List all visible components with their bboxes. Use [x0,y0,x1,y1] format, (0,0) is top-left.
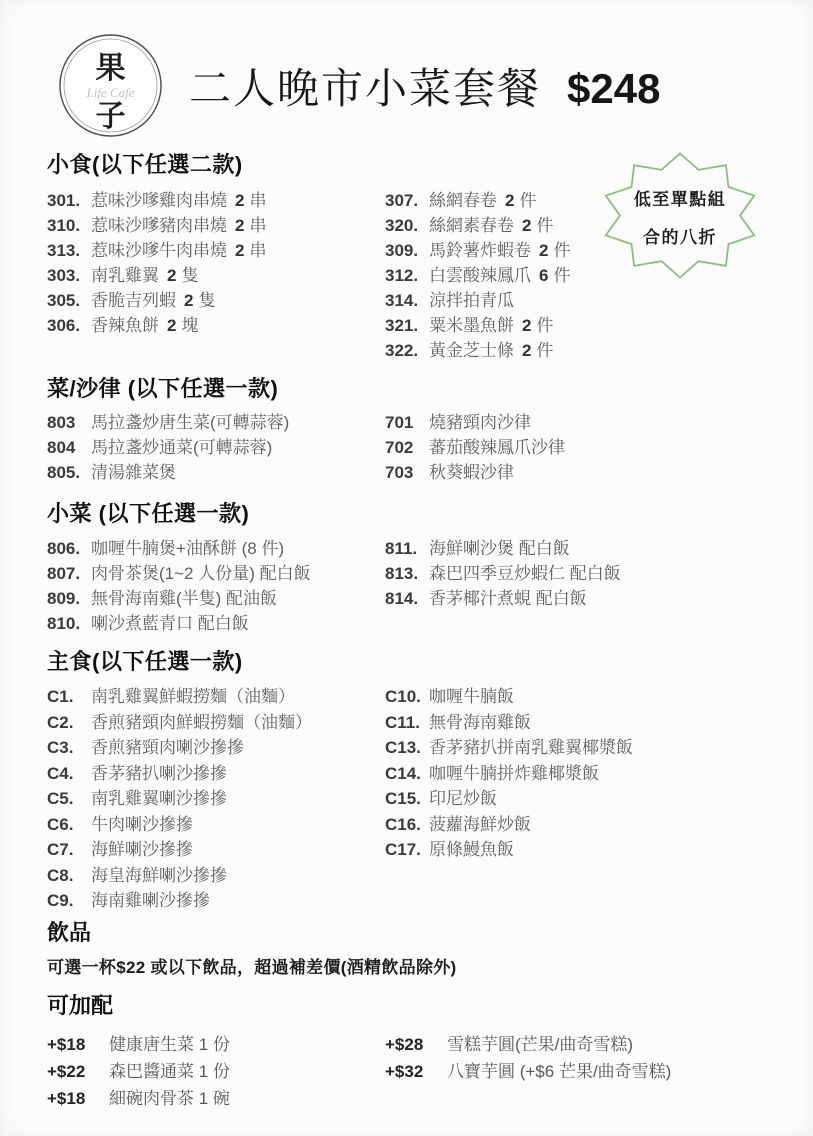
item-name: 絲網素春卷 [429,213,514,238]
item-name: 香脆吉列蝦 [91,288,176,313]
section-drinks: 飲品 可選一杯$22 或以下飲品，超過補差價(酒精飲品除外) [47,920,783,979]
item-name: 馬拉盞炒通菜(可轉蒜蓉) [91,435,272,460]
item-name: 惹味沙嗲豬肉串燒 [91,213,227,238]
item-number: C11. [385,710,429,736]
item-name: 原條鰻魚飯 [429,837,514,863]
menu-item: C17.原條鰻魚飯 [385,837,783,863]
menu-item: C6.牛肉喇沙摻摻 [47,812,385,838]
item-number: C5. [47,786,91,812]
section-veg-salad: 菜/沙律 (以下任選一款) 803馬拉盞炒唐生菜(可轉蒜蓉) 804馬拉盞炒通菜… [47,376,783,485]
item-number: C15. [385,786,429,812]
menu-item: 803馬拉盞炒唐生菜(可轉蒜蓉) [47,410,385,435]
item-number: 309. [385,238,429,263]
section-title: 主食(以下任選一款) [47,649,783,675]
item-qty: 2 [184,288,193,313]
item-qty: 2 [235,238,244,263]
item-number: 701 [385,410,429,435]
item-name: 咖喱牛腩拼炸雞椰漿飯 [429,761,599,787]
menu-item: 702蕃茄酸辣鳳爪沙律 [385,435,783,460]
addon-name: 雪糕芋圓(芒果/曲奇雪糕) [447,1031,633,1058]
item-name: 粟米墨魚餅 [429,313,514,338]
mains-left-column: C1.南乳雞翼鮮蝦撈麵（油麵） C2.香煎豬頸肉鮮蝦撈麵（油麵） C3.香煎豬頸… [47,684,385,914]
item-number: C4. [47,761,91,787]
item-number: C7. [47,837,91,863]
section-title: 菜/沙律 (以下任選一款) [47,376,783,402]
item-number: 805. [47,460,91,485]
menu-item: C5.南乳雞翼喇沙摻摻 [47,786,385,812]
item-qty: 2 [522,338,531,363]
addon-price: +$22 [47,1058,109,1085]
item-name: 燒豬頸肉沙律 [429,410,531,435]
discount-line2: 合的八折 [643,223,717,248]
item-name: 絲網春卷 [429,188,497,213]
logo-script: Life Cafe [85,85,134,100]
item-name: 香茅椰汁煮蜆 配白飯 [429,586,587,611]
item-unit: 件 [519,188,536,213]
menu-item: 322.黃金芝士條2件 [385,338,783,363]
item-number: C16. [385,812,429,838]
drinks-title: 飲品 [47,920,783,946]
item-number: 313. [47,238,91,263]
item-unit: 隻 [198,288,215,313]
logo-char-bottom: 子 [96,100,126,133]
item-number: 307. [385,188,429,213]
addon-name: 八寶芋圓 (+$6 芒果/曲奇雪糕) [447,1058,671,1085]
menu-item: C8.海皇海鮮喇沙摻摻 [47,863,385,889]
item-name: 咖喱牛腩飯 [429,684,514,710]
drinks-note: 可選一杯$22 或以下飲品，超過補差價(酒精飲品除外) [47,957,783,979]
set-price: $248 [567,65,660,112]
item-name: 惹味沙嗲雞肉串燒 [91,188,227,213]
item-number: 703 [385,460,429,485]
menu-item: C1.南乳雞翼鮮蝦撈麵（油麵） [47,684,385,710]
menu-item: 313.惹味沙嗲牛肉串燒2串 [47,238,385,263]
menu-item: C15.印尼炒飯 [385,786,783,812]
item-number: C6. [47,812,91,838]
addon-name: 健康唐生菜 1 份 [109,1031,230,1058]
item-number: C13. [385,735,429,761]
menu-item: C7.海鮮喇沙摻摻 [47,837,385,863]
menu-item: 807.肉骨茶煲(1~2 人份量) 配白飯 [47,561,385,586]
item-number: C2. [47,710,91,736]
item-number: 806. [47,536,91,561]
section-mains: 主食(以下任選一款) C1.南乳雞翼鮮蝦撈麵（油麵） C2.香煎豬頸肉鮮蝦撈麵（… [47,649,783,914]
menu-header: 果 Life Cafe 子 二人晚市小菜套餐$248 [47,33,783,138]
restaurant-logo: 果 Life Cafe 子 [58,33,163,138]
item-name: 海鮮喇沙煲 配白飯 [429,536,570,561]
item-qty: 2 [505,188,514,213]
addon-item: +$28雪糕芋圓(芒果/曲奇雪糕) [385,1031,783,1058]
item-unit: 塊 [181,313,198,338]
snacks-left-column: 301.惹味沙嗲雞肉串燒2串 310.惹味沙嗲豬肉串燒2串 313.惹味沙嗲牛肉… [47,188,385,363]
item-name: 牛肉喇沙摻摻 [91,812,193,838]
item-number: 814. [385,586,429,611]
discount-line1: 低至單點組 [634,185,727,210]
menu-item: C14.咖喱牛腩拼炸雞椰漿飯 [385,761,783,787]
item-name: 海南雞喇沙摻摻 [91,888,210,914]
item-name: 香辣魚餅 [91,313,159,338]
menu-item: 813.森巴四季豆炒蝦仁 配白飯 [385,561,783,586]
item-unit: 件 [536,313,553,338]
item-name: 南乳雞翼喇沙摻摻 [91,786,227,812]
menu-item: 703秋葵蝦沙律 [385,460,783,485]
item-number: 803 [47,410,91,435]
menu-item: 310.惹味沙嗲豬肉串燒2串 [47,213,385,238]
item-name: 香煎豬頸肉鮮蝦撈麵（油麵） [91,710,312,736]
discount-badge: 低至單點組 合的八折 [599,151,761,281]
item-name: 香茅豬扒拼南乳雞翼椰漿飯 [429,735,633,761]
menu-item: C4.香茅豬扒喇沙摻摻 [47,761,385,787]
dishes-right-column: 811.海鮮喇沙煲 配白飯 813.森巴四季豆炒蝦仁 配白飯 814.香茅椰汁煮… [385,536,783,636]
menu-item: C9.海南雞喇沙摻摻 [47,888,385,914]
item-name: 馬鈴薯炸蝦卷 [429,238,531,263]
addon-item: +$18細碗肉骨茶 1 碗 [47,1085,385,1112]
discount-badge-text: 低至單點組 合的八折 [599,151,761,281]
section-addons: 可加配 +$18健康唐生菜 1 份 +$22森巴醬通菜 1 份 +$18細碗肉骨… [47,993,783,1112]
menu-item: C13.香茅豬扒拼南乳雞翼椰漿飯 [385,735,783,761]
item-name: 清湯雜菜煲 [91,460,176,485]
logo-char-top: 果 [96,52,126,85]
item-qty: 2 [522,313,531,338]
item-number: 811. [385,536,429,561]
item-unit: 件 [536,338,553,363]
addon-item: +$22森巴醬通菜 1 份 [47,1058,385,1085]
item-number: 314. [385,288,429,313]
addon-price: +$28 [385,1031,447,1058]
mains-right-column: C10.咖喱牛腩飯 C11.無骨海南雞飯 C13.香茅豬扒拼南乳雞翼椰漿飯 C1… [385,684,783,914]
item-name: 香茅豬扒喇沙摻摻 [91,761,227,787]
menu-item: 804馬拉盞炒通菜(可轉蒜蓉) [47,435,385,460]
addon-price: +$18 [47,1085,109,1112]
item-name: 海鮮喇沙摻摻 [91,837,193,863]
dishes-left-column: 806.咖喱牛腩煲+油酥餅 (8 件) 807.肉骨茶煲(1~2 人份量) 配白… [47,536,385,636]
item-name: 南乳雞翼 [91,263,159,288]
item-name: 無骨海南雞(半隻) 配油飯 [91,586,277,611]
item-name: 喇沙煮藍青口 配白飯 [91,611,249,636]
item-number: 305. [47,288,91,313]
item-unit: 件 [536,213,553,238]
addons-left-column: +$18健康唐生菜 1 份 +$22森巴醬通菜 1 份 +$18細碗肉骨茶 1 … [47,1031,385,1112]
section-title: 小菜 (以下任選一款) [47,501,783,527]
menu-item: 806.咖喱牛腩煲+油酥餅 (8 件) [47,536,385,561]
item-number: C8. [47,863,91,889]
item-number: C17. [385,837,429,863]
menu-item: 314.涼拌拍青瓜 [385,288,783,313]
menu-item: 811.海鮮喇沙煲 配白飯 [385,536,783,561]
menu-item: C2.香煎豬頸肉鮮蝦撈麵（油麵） [47,710,385,736]
item-number: 810. [47,611,91,636]
item-name: 無骨海南雞飯 [429,710,531,736]
item-name: 咖喱牛腩煲+油酥餅 (8 件) [91,536,284,561]
item-name: 蕃茄酸辣鳳爪沙律 [429,435,565,460]
item-number: C1. [47,684,91,710]
menu-item: 809.無骨海南雞(半隻) 配油飯 [47,586,385,611]
item-unit: 串 [249,213,266,238]
menu-page: 低至單點組 合的八折 果 Life Cafe 子 二人晚市小菜套餐$248 小食… [0,0,813,1136]
item-number: C3. [47,735,91,761]
veg-left-column: 803馬拉盞炒唐生菜(可轉蒜蓉) 804馬拉盞炒通菜(可轉蒜蓉) 805.清湯雜… [47,410,385,485]
menu-item: 303.南乳雞翼2隻 [47,263,385,288]
item-qty: 2 [235,213,244,238]
item-number: C10. [385,684,429,710]
section-dishes: 小菜 (以下任選一款) 806.咖喱牛腩煲+油酥餅 (8 件) 807.肉骨茶煲… [47,501,783,636]
item-name: 森巴四季豆炒蝦仁 配白飯 [429,561,621,586]
item-name: 香煎豬頸肉喇沙摻摻 [91,735,244,761]
title-text: 二人晚市小菜套餐 [189,67,541,113]
menu-item: 814.香茅椰汁煮蜆 配白飯 [385,586,783,611]
item-name: 惹味沙嗲牛肉串燒 [91,238,227,263]
item-number: 807. [47,561,91,586]
item-number: 813. [385,561,429,586]
page-title: 二人晚市小菜套餐$248 [189,56,660,116]
menu-item: 701燒豬頸肉沙律 [385,410,783,435]
item-number: 312. [385,263,429,288]
item-name: 菠蘿海鮮炒飯 [429,812,531,838]
item-unit: 件 [553,238,570,263]
item-number: 702 [385,435,429,460]
addons-title: 可加配 [47,993,783,1019]
item-number: 321. [385,313,429,338]
item-name: 黃金芝士條 [429,338,514,363]
item-number: 310. [47,213,91,238]
addon-price: +$32 [385,1058,447,1085]
item-number: 322. [385,338,429,363]
addon-item: +$18健康唐生菜 1 份 [47,1031,385,1058]
item-number: 809. [47,586,91,611]
item-name: 肉骨茶煲(1~2 人份量) 配白飯 [91,561,311,586]
item-unit: 串 [249,188,266,213]
item-number: 320. [385,213,429,238]
addon-item: +$32八寶芋圓 (+$6 芒果/曲奇雪糕) [385,1058,783,1085]
item-unit: 隻 [181,263,198,288]
addon-name: 森巴醬通菜 1 份 [109,1058,230,1085]
item-number: 301. [47,188,91,213]
menu-item: 321.粟米墨魚餅2件 [385,313,783,338]
item-name: 秋葵蝦沙律 [429,460,514,485]
addon-name: 細碗肉骨茶 1 碗 [109,1085,230,1112]
item-name: 馬拉盞炒唐生菜(可轉蒜蓉) [91,410,289,435]
item-number: C9. [47,888,91,914]
menu-item: C3.香煎豬頸肉喇沙摻摻 [47,735,385,761]
item-number: 804 [47,435,91,460]
addons-right-column: +$28雪糕芋圓(芒果/曲奇雪糕) +$32八寶芋圓 (+$6 芒果/曲奇雪糕) [385,1031,783,1112]
item-qty: 6 [539,263,548,288]
item-qty: 2 [539,238,548,263]
item-unit: 串 [249,238,266,263]
item-name: 南乳雞翼鮮蝦撈麵（油麵） [91,684,295,710]
menu-item: 306.香辣魚餅2塊 [47,313,385,338]
item-name: 涼拌拍青瓜 [429,288,514,313]
item-qty: 2 [167,313,176,338]
item-name: 印尼炒飯 [429,786,497,812]
menu-item: 805.清湯雜菜煲 [47,460,385,485]
menu-item: C10.咖喱牛腩飯 [385,684,783,710]
salad-right-column: 701燒豬頸肉沙律 702蕃茄酸辣鳳爪沙律 703秋葵蝦沙律 [385,410,783,485]
item-qty: 2 [522,213,531,238]
item-number: C14. [385,761,429,787]
item-qty: 2 [235,188,244,213]
menu-item: C16.菠蘿海鮮炒飯 [385,812,783,838]
item-name: 海皇海鮮喇沙摻摻 [91,863,227,889]
menu-item: 301.惹味沙嗲雞肉串燒2串 [47,188,385,213]
item-unit: 件 [553,263,570,288]
menu-item: 810.喇沙煮藍青口 配白飯 [47,611,385,636]
menu-item: 305.香脆吉列蝦2隻 [47,288,385,313]
menu-item: C11.無骨海南雞飯 [385,710,783,736]
item-qty: 2 [167,263,176,288]
item-number: 306. [47,313,91,338]
addon-price: +$18 [47,1031,109,1058]
item-number: 303. [47,263,91,288]
item-name: 白雲酸辣鳳爪 [429,263,531,288]
